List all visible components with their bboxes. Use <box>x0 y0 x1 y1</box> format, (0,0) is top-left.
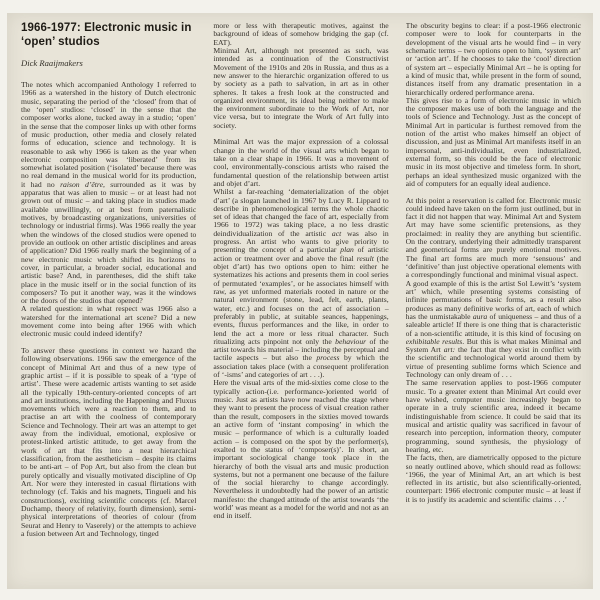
paragraph: At this point a reservation is called fo… <box>406 197 581 280</box>
paragraph: A good example of this is the artist Sol… <box>406 280 581 380</box>
paragraph: Minimal Art, although not presented as s… <box>213 47 388 130</box>
author-byline: Dick Raaijmakers <box>21 58 196 68</box>
paragraph: This gives rise to a form of electronic … <box>406 97 581 188</box>
paragraph: The obscurity begins to clear: if a post… <box>406 22 581 97</box>
paragraph: The facts, then, are diametrically oppos… <box>406 454 581 504</box>
paragraph: To answer these questions in context we … <box>21 347 196 538</box>
column-3-paragraphs: The obscurity begins to clear: if a post… <box>406 22 581 504</box>
text-column-1: 1966-1977: Electronic music in ‘open’ st… <box>21 22 196 589</box>
paragraph: Minimal Art was the major expression of … <box>213 138 388 188</box>
paragraph: Whilst a far-reaching ‘dematerialization… <box>213 188 388 379</box>
paragraph: The same reservation applies to post-196… <box>406 379 581 454</box>
paragraph: A related question: in what respect was … <box>21 305 196 338</box>
column-1-paragraphs: The notes which accompanied Anthology I … <box>21 81 196 538</box>
column-2-paragraphs: more or less with therapeutic motives, a… <box>213 22 388 521</box>
page-title: 1966-1977: Electronic music in ‘open’ st… <box>21 22 196 49</box>
text-column-2: more or less with therapeutic motives, a… <box>213 22 388 589</box>
text-column-3: The obscurity begins to clear: if a post… <box>406 22 581 589</box>
paragraph: The notes which accompanied Anthology I … <box>21 81 196 305</box>
scanned-page: 1966-1977: Electronic music in ‘open’ st… <box>7 13 593 589</box>
column-layout: 1966-1977: Electronic music in ‘open’ st… <box>21 22 581 589</box>
paragraph: Here the visual arts of the mid-sixties … <box>213 379 388 520</box>
paragraph: more or less with therapeutic motives, a… <box>213 22 388 47</box>
